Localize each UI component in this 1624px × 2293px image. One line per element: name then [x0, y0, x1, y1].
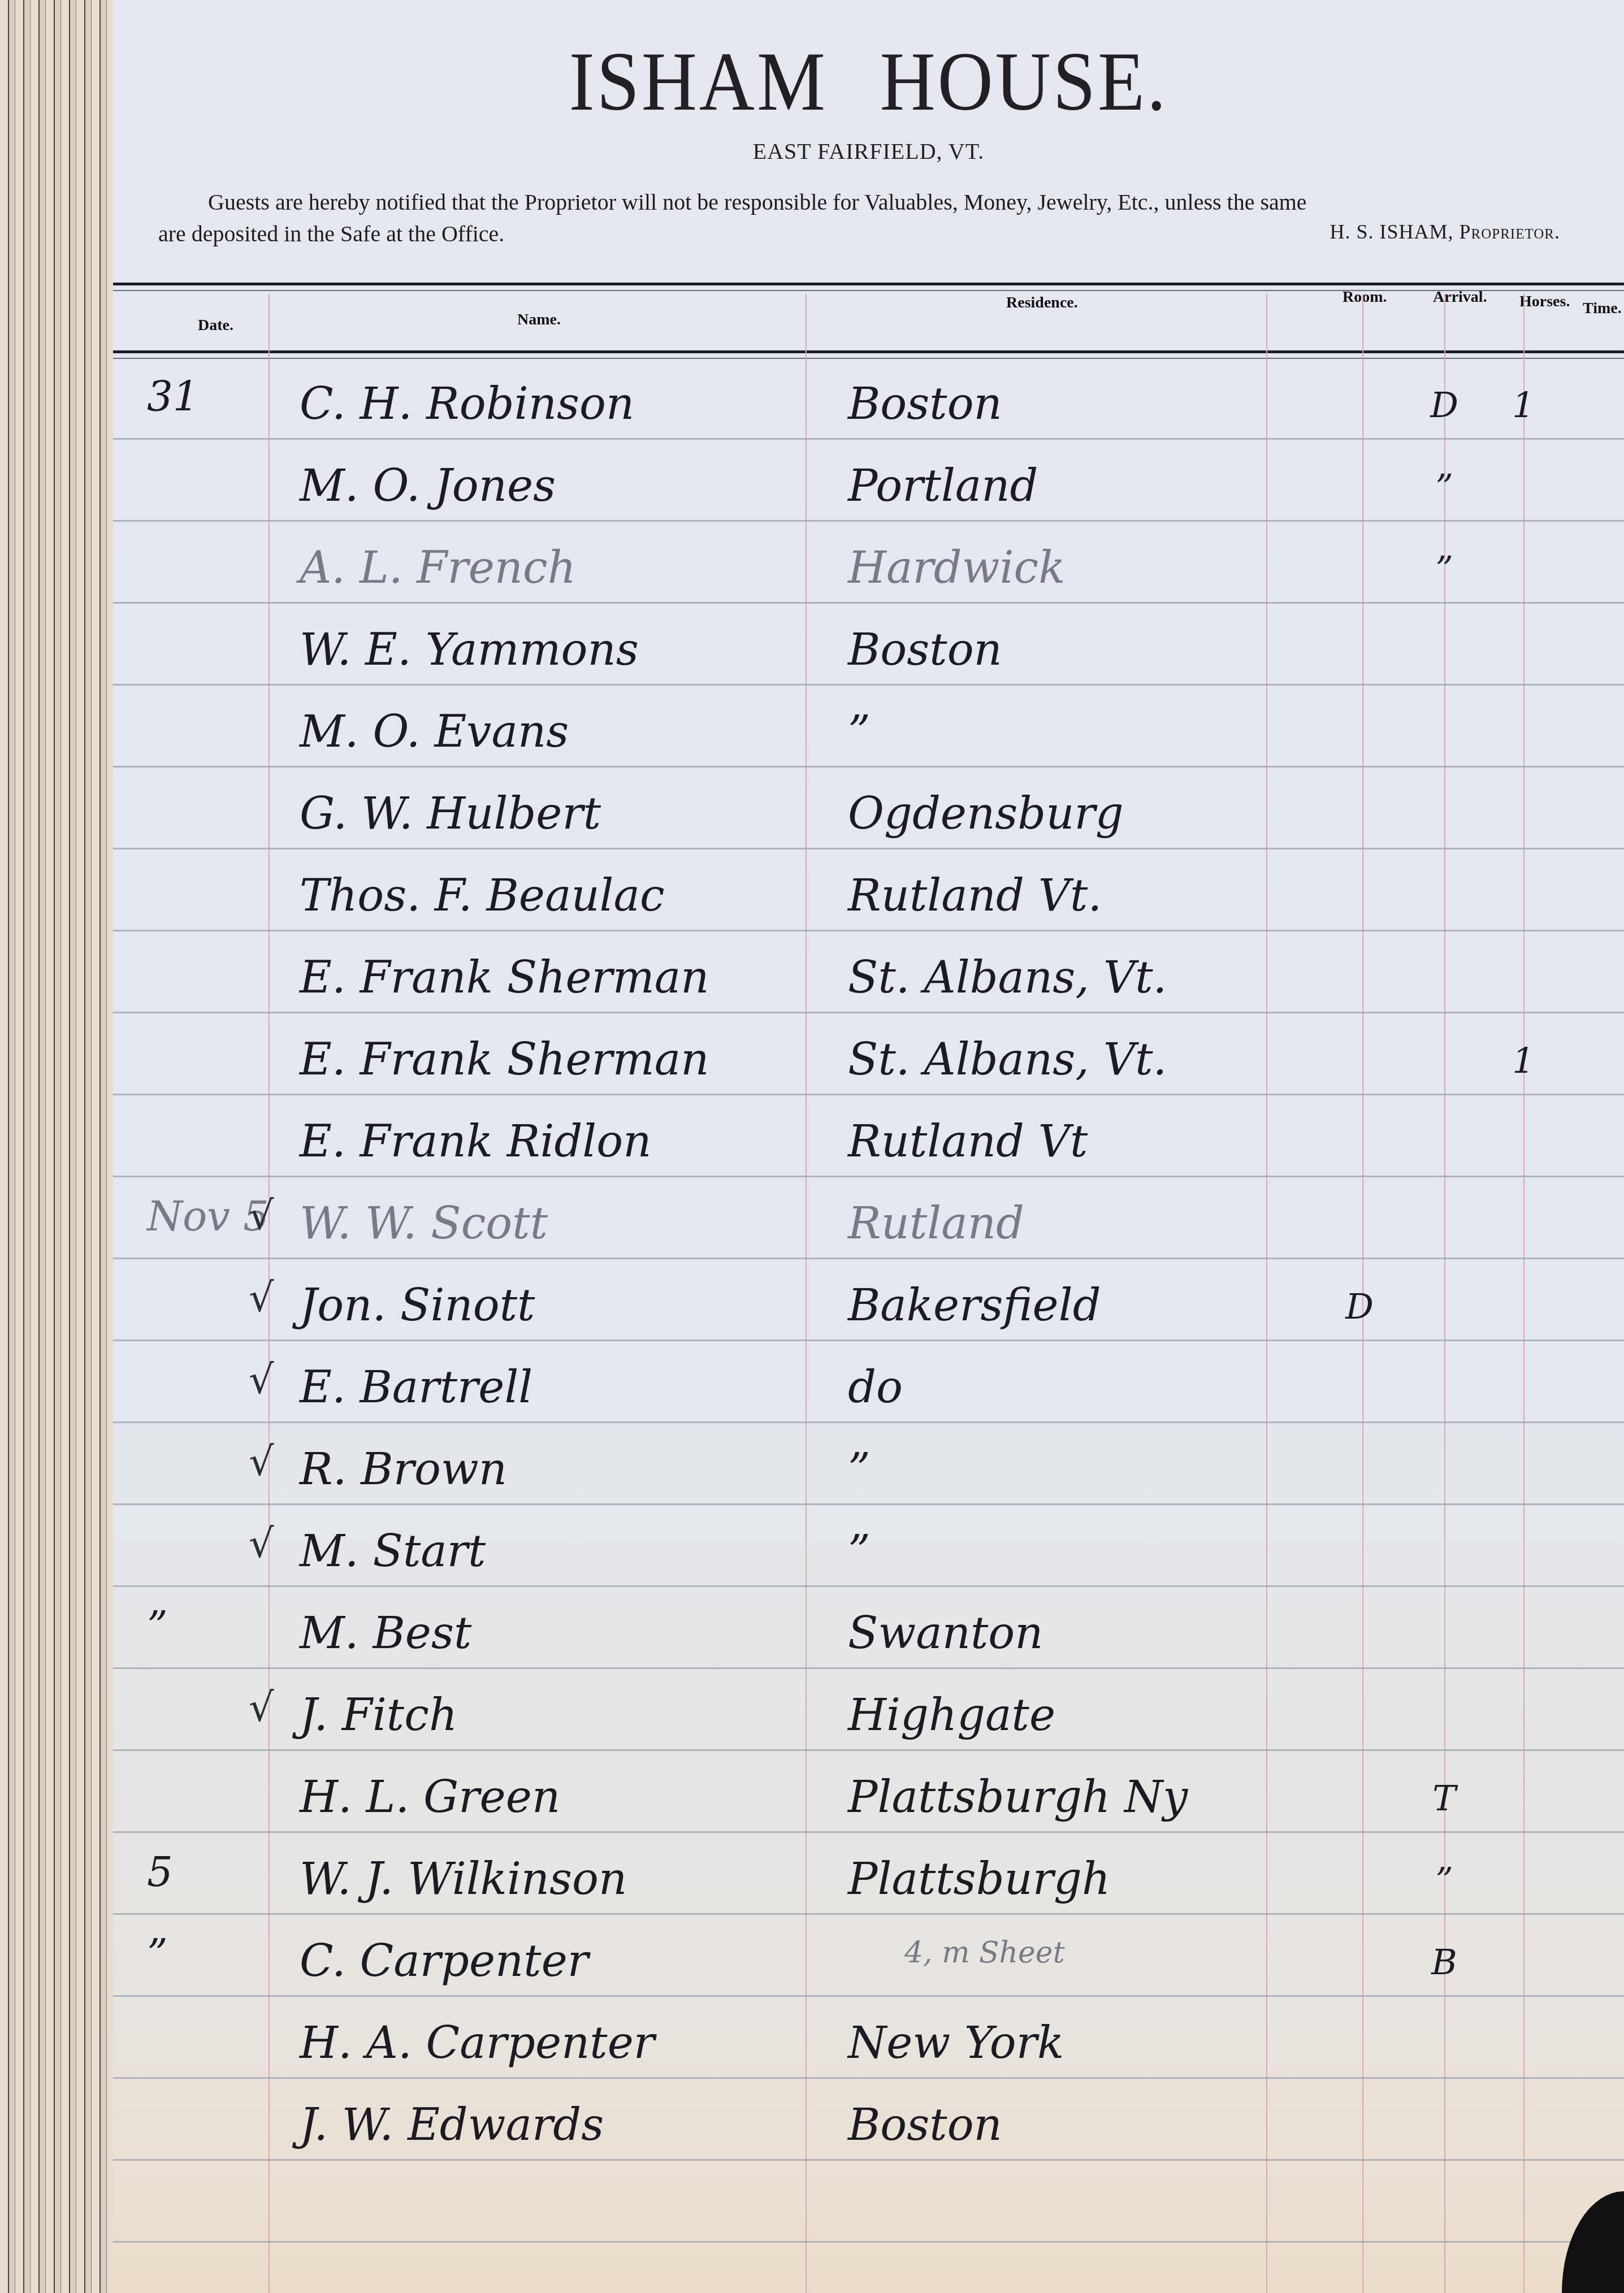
register-entry: W. E. Yammons Boston: [113, 596, 1624, 681]
hotel-location: EAST FAIRFIELD, VT.: [113, 138, 1624, 164]
page-header: ISHAM HOUSE. EAST FAIRFIELD, VT.: [113, 34, 1624, 164]
guest-name: E. Frank Sherman: [300, 952, 916, 1003]
register-entry: 31 C. H. Robinson Boston D 1: [113, 350, 1624, 435]
guest-name: E. Bartrell: [300, 1362, 916, 1413]
guest-residence: Boston: [848, 625, 1311, 675]
column-header-name: Name.: [517, 311, 561, 329]
guest-residence: Boston: [848, 2100, 1311, 2151]
guest-name: E. Frank Sherman: [300, 1034, 916, 1085]
ledger-page: ISHAM HOUSE. EAST FAIRFIELD, VT. Guests …: [113, 0, 1624, 2293]
guest-residence: Rutland Vt: [848, 1116, 1311, 1167]
guest-name: A. L. French: [300, 543, 916, 593]
ledger-page-edges: [0, 0, 130, 2293]
guest-name: M. Best: [300, 1608, 916, 1659]
register-entry: Thos. F. Beaulac Rutland Vt.: [113, 842, 1624, 927]
checkmark-icon: √: [249, 1275, 274, 1321]
entry-date: 5: [147, 1848, 277, 1896]
guest-arrival: B: [1402, 1941, 1487, 1983]
guest-residence: ”: [848, 1444, 1311, 1495]
register-entry: √ E. Bartrell do: [113, 1334, 1624, 1419]
checkmark-icon: √: [249, 1438, 274, 1485]
register-entry: ” C. Carpenter 4, m Sheet B: [113, 1908, 1624, 1992]
checkmark-icon: √: [249, 1356, 274, 1403]
register-entry: M. O. Evans ”: [113, 678, 1624, 763]
guest-name: J. W. Edwards: [300, 2100, 916, 2151]
ruled-line: [113, 2159, 1624, 2161]
guest-room: D: [1317, 1286, 1402, 1327]
column-header-residence: Residence.: [1006, 294, 1078, 312]
guest-residence: ”: [848, 1526, 1311, 1577]
column-header-arrival: Arrival.: [1433, 288, 1487, 306]
entry-date: ”: [147, 1930, 277, 1978]
register-entry: Nov 5 √ W. W. Scott Rutland: [113, 1170, 1624, 1255]
register-entry: J. W. Edwards Boston: [113, 2071, 1624, 2156]
register-entry: M. O. Jones Portland ”: [113, 432, 1624, 517]
notice-line-1: Guests are hereby notified that the Prop…: [158, 187, 1583, 218]
register-entry: √ J. Fitch Highgate: [113, 1662, 1624, 1746]
entry-date: ”: [147, 1602, 277, 1650]
guest-residence: Hardwick: [848, 543, 1311, 593]
column-header-room: Room.: [1342, 288, 1387, 306]
page-corner-shadow: [1562, 2191, 1624, 2293]
guest-residence: Plattsburgh: [848, 1854, 1311, 1905]
guest-residence: Portland: [848, 461, 1311, 512]
guest-name: C. Carpenter: [300, 1936, 916, 1987]
register-entry: E. Frank Sherman St. Albans, Vt.: [113, 924, 1624, 1009]
guest-name: C. H. Robinson: [300, 379, 916, 430]
register-entry: H. L. Green Plattsburgh Ny T: [113, 1744, 1624, 1828]
guest-residence: ”: [848, 706, 1311, 757]
checkmark-icon: √: [249, 1520, 274, 1567]
guest-residence: Boston: [848, 379, 1311, 430]
guest-residence: St. Albans, Vt.: [848, 1034, 1311, 1085]
guest-residence: Ogdensburg: [848, 788, 1311, 839]
guest-arrival: D: [1402, 384, 1487, 426]
guest-horses: 1: [1487, 1040, 1560, 1081]
checkmark-icon: √: [249, 1684, 274, 1731]
guest-residence: Swanton: [848, 1608, 1311, 1659]
guest-name: H. A. Carpenter: [300, 2018, 916, 2069]
guest-name: W. E. Yammons: [300, 625, 916, 675]
guest-arrival: ”: [1402, 548, 1487, 589]
register-entry: A. L. French Hardwick ”: [113, 514, 1624, 599]
register-entry: E. Frank Sherman St. Albans, Vt. 1: [113, 1006, 1624, 1091]
guest-residence: Bakersfield: [848, 1280, 1311, 1331]
column-header-time: Time.: [1583, 300, 1622, 318]
guest-name: M. Start: [300, 1526, 916, 1577]
register-entry: ” M. Best Swanton: [113, 1580, 1624, 1665]
guest-name: Thos. F. Beaulac: [300, 870, 916, 921]
guest-residence: Rutland: [848, 1198, 1311, 1249]
guest-residence: St. Albans, Vt.: [848, 952, 1311, 1003]
guest-residence: 4, m Sheet: [904, 1936, 1368, 1970]
register-entry: √ Jon. Sinott Bakersfield D: [113, 1252, 1624, 1337]
guest-residence: Plattsburgh Ny: [848, 1772, 1311, 1823]
guest-name: M. O. Evans: [300, 706, 916, 757]
entry-date: 31: [147, 373, 277, 421]
guest-residence: do: [848, 1362, 1311, 1413]
guest-horses: 1: [1487, 384, 1560, 426]
guest-arrival: ”: [1402, 1859, 1487, 1901]
guest-arrival: ”: [1402, 466, 1487, 508]
guest-name: M. O. Jones: [300, 461, 916, 512]
guest-name: Jon. Sinott: [300, 1280, 916, 1331]
register-entry: H. A. Carpenter New York: [113, 1989, 1624, 2074]
register-entry: E. Frank Ridlon Rutland Vt: [113, 1088, 1624, 1173]
proprietor-signature: H. S. ISHAM, Proprietor.: [1329, 216, 1560, 248]
guest-residence: New York: [848, 2018, 1311, 2069]
guest-name: J. Fitch: [300, 1690, 916, 1741]
register-entry: √ R. Brown ”: [113, 1416, 1624, 1501]
register-entry: √ M. Start ”: [113, 1498, 1624, 1583]
proprietor-notice: Guests are hereby notified that the Prop…: [158, 187, 1583, 250]
guest-residence: Highgate: [848, 1690, 1311, 1741]
guest-name: G. W. Hulbert: [300, 788, 916, 839]
column-header-horses: Horses.: [1519, 293, 1570, 311]
register-entry: G. W. Hulbert Ogdensburg: [113, 760, 1624, 845]
guest-residence: Rutland Vt.: [848, 870, 1311, 921]
column-headers: Date. Name. Residence. Room. Arrival. Ho…: [113, 283, 1624, 356]
hotel-title: ISHAM HOUSE.: [174, 34, 1564, 130]
guest-name: H. L. Green: [300, 1772, 916, 1823]
guest-name: W. W. Scott: [300, 1198, 916, 1249]
register-entry: 5 W. J. Wilkinson Plattsburgh ”: [113, 1826, 1624, 1910]
guest-arrival: T: [1402, 1778, 1487, 1819]
guest-name: E. Frank Ridlon: [300, 1116, 916, 1167]
column-header-date: Date.: [198, 317, 233, 335]
ruled-line: [113, 2241, 1624, 2243]
guest-name: W. J. Wilkinson: [300, 1854, 916, 1905]
guest-name: R. Brown: [300, 1444, 916, 1495]
checkmark-icon: √: [249, 1193, 274, 1239]
